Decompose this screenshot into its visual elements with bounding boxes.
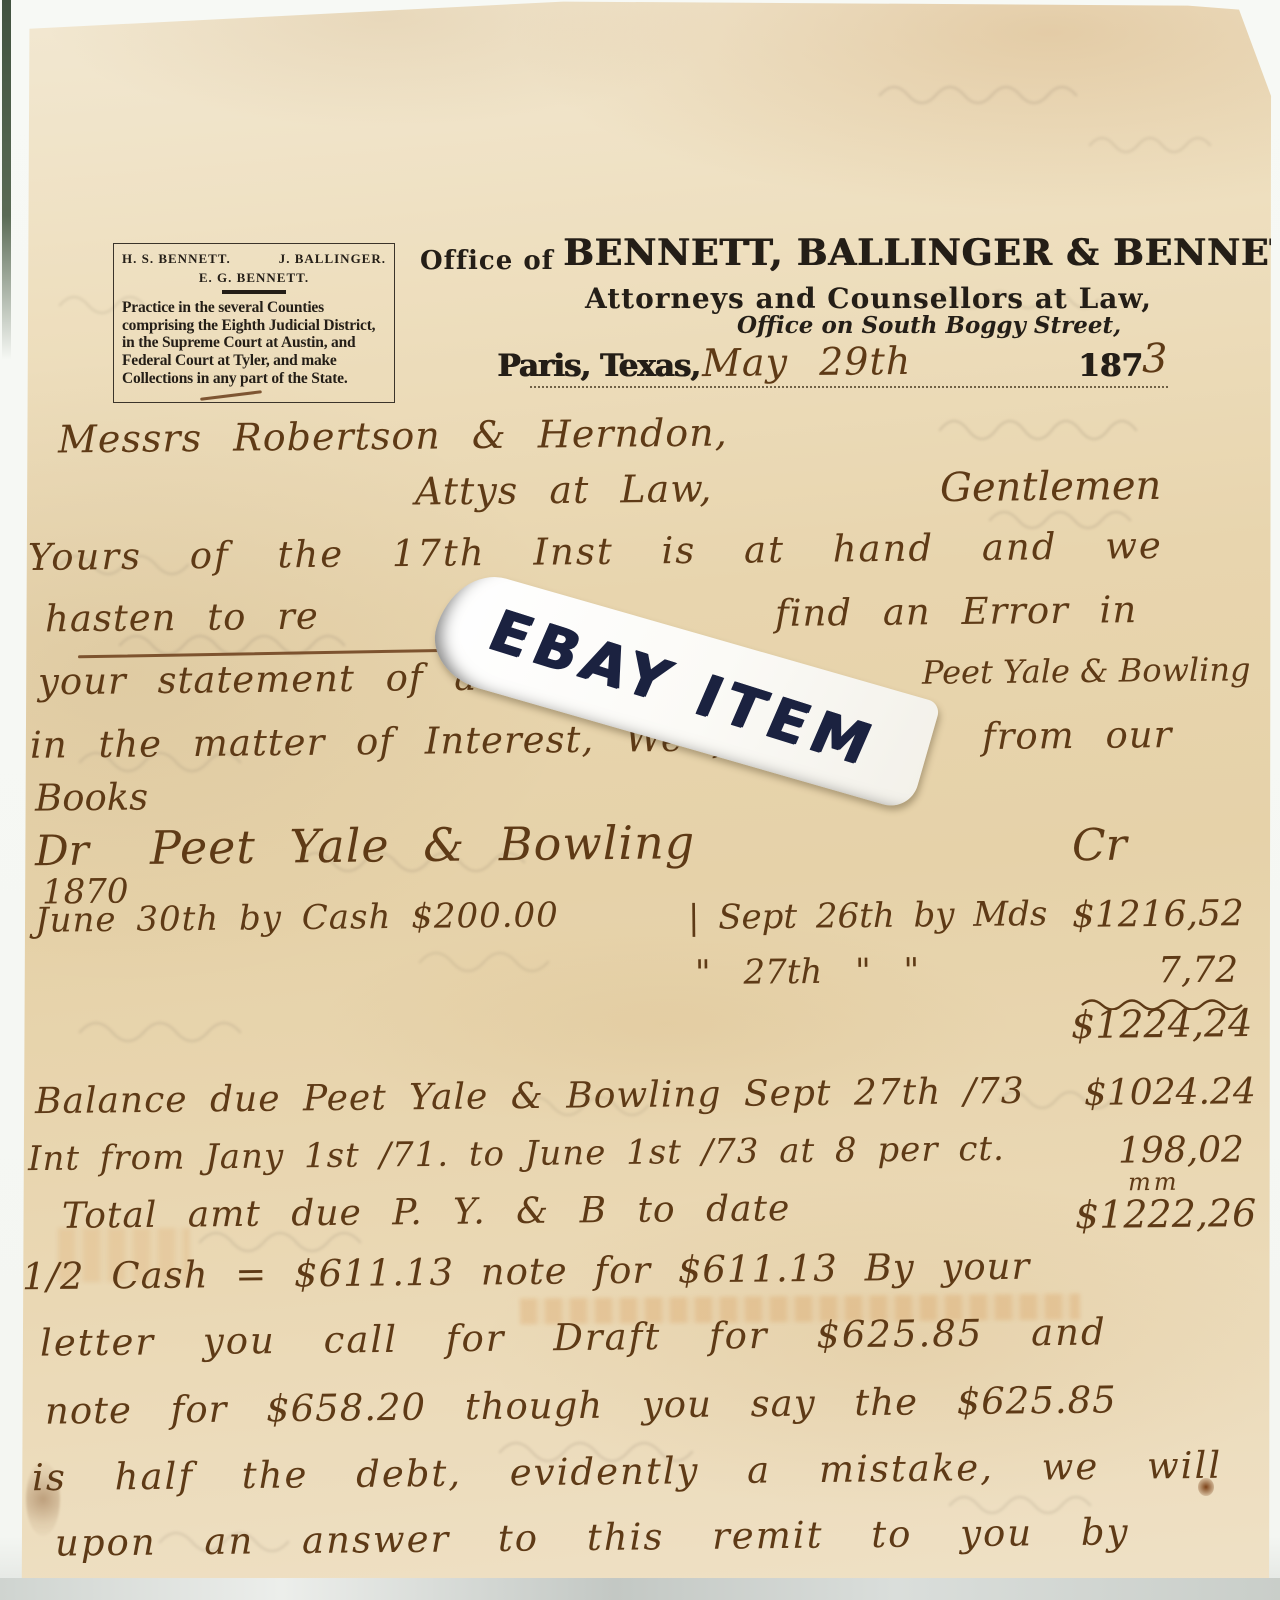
firm-street-line: Office on South Boggy Street, <box>737 312 1121 339</box>
dateline-printed-year: 187 <box>1078 348 1143 384</box>
ledger-account-title: Peet Yale & Bowling <box>150 815 696 875</box>
ledger-row1-credit: | Sept 26th by Mds <box>688 894 1048 938</box>
body-line-2-right: find an Error in <box>775 588 1138 635</box>
attorney-name-hs-bennett: H. S. BENNETT. <box>122 251 231 267</box>
ledger-row2-credit: " 27th " " <box>695 951 920 993</box>
interest-amount: 198,02 <box>1118 1129 1244 1171</box>
letterhead-box: H. S. BENNETT. J. BALLINGER. E. G. BENNE… <box>113 243 395 403</box>
addressee-title: Attys at Law, <box>415 466 713 513</box>
salutation: Gentlemen <box>940 463 1162 511</box>
ledger-row2-amount: 7,72 <box>1158 950 1239 992</box>
scanner-edge-green <box>2 0 11 360</box>
firm-name: BENNETT, BALLINGER & BENNETT, <box>563 232 1280 274</box>
scanner-bed-strip <box>0 1578 1280 1600</box>
body-line-2-left: hasten to re <box>45 595 319 641</box>
ledger-row1-debit: June 30th by Cash $200.00 <box>35 895 559 940</box>
ledger-total-amount: $1224,24 <box>1070 1001 1252 1047</box>
total-amount: $1222,26 <box>1074 1191 1256 1237</box>
attorney-names-row: H. S. BENNETT. J. BALLINGER. <box>122 251 386 267</box>
practice-statement: Practice in the several Counties compris… <box>122 299 386 387</box>
scanned-letter-background: H. S. BENNETT. J. BALLINGER. E. G. BENNE… <box>0 0 1280 1600</box>
balance-amount: $1024.24 <box>1084 1071 1256 1114</box>
firm-subtitle: Attorneys and Counsellors at Law, <box>585 282 1152 315</box>
ledger-row1-amount: $1216,52 <box>1072 893 1244 936</box>
dateline-rule <box>530 368 1168 388</box>
office-prefix: Office of <box>420 246 554 276</box>
body-line-3-left: your statement of a <box>38 656 478 704</box>
body-line-4-right: from our <box>982 713 1173 758</box>
ledger-credit-label: Cr <box>1072 820 1127 872</box>
attorney-name-eg-bennett: E. G. BENNETT. <box>122 270 386 286</box>
ledger-debit-label: Dr <box>35 826 89 876</box>
addressee-line: Messrs Robertson & Herndon, <box>58 410 728 461</box>
names-divider <box>222 290 286 294</box>
body-line-3-right: Peet Yale & Bowling <box>922 650 1251 691</box>
dateline-year-digit: 3 <box>1142 336 1168 382</box>
attorney-name-j-ballinger: J. BALLINGER. <box>279 251 386 267</box>
letter-paper-sheet: H. S. BENNETT. J. BALLINGER. E. G. BENNE… <box>0 0 1280 1600</box>
body-line-5: Books <box>35 775 149 819</box>
total-line: Total amt due P. Y. & B to date <box>62 1188 791 1237</box>
